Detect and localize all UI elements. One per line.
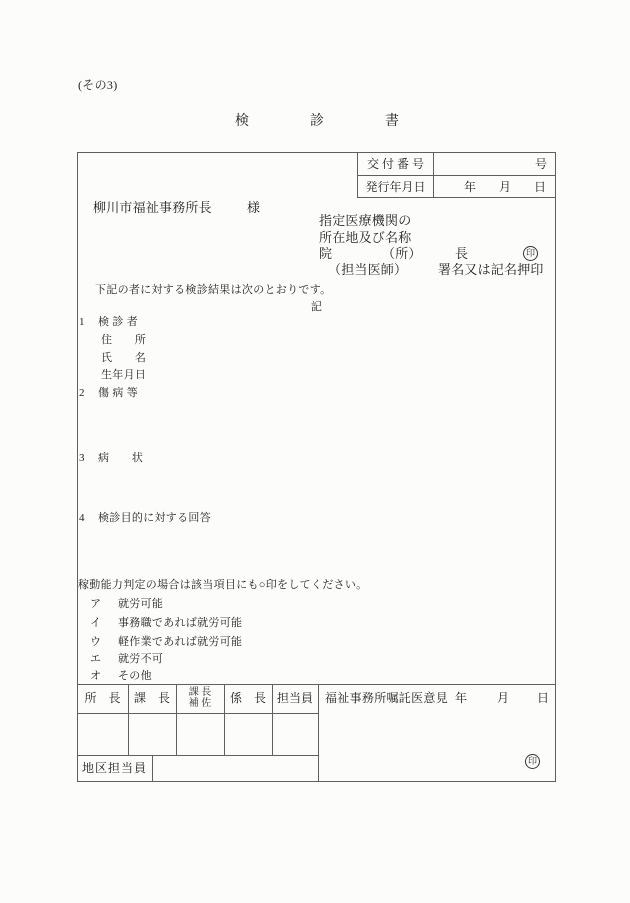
signature-note: 署名又は記名押印 [438, 262, 544, 277]
intro-sentence: 下記の者に対する検診結果は次のとおりです。 [95, 283, 331, 297]
issue-number-label: 交 付 番 号 [358, 153, 434, 175]
work-capacity-instruction: 稼動能力判定の場合は該当項目にも○印をしてください。 [78, 578, 367, 592]
option-kana: ア [90, 597, 101, 611]
item3-label: 病 状 [98, 451, 143, 465]
table-line [77, 713, 319, 714]
table-line [77, 684, 556, 685]
document-page: (その3) 検 診 書 交 付 番 号 号 発行年月日 年 月 日 柳川市福祉事… [0, 0, 630, 903]
item2-label: 傷 病 等 [98, 386, 138, 400]
title-char: 診 [310, 114, 324, 130]
title-char: 検 [235, 114, 249, 130]
item1-number: 1 [79, 315, 85, 329]
title-char: 書 [385, 114, 399, 130]
option-kana: エ [90, 652, 101, 666]
issue-date-value: 年 月 日 [434, 176, 555, 198]
header-deputy-section-chief: 課 長 補 佐 [176, 687, 224, 709]
header-director: 所 長 [77, 691, 128, 705]
item1-field-birthdate: 生年月日 [101, 368, 146, 382]
header-deputy-line1: 課 長 [176, 687, 224, 698]
page-note: (その3) [78, 78, 118, 92]
issue-info-table: 交 付 番 号 号 発行年月日 年 月 日 [357, 152, 556, 198]
institution-line2: 所在地及び名称 [319, 230, 411, 245]
record-mark: 記 [77, 300, 556, 314]
institution-line1: 指定医療機関の [319, 213, 411, 228]
header-deputy-line2: 補 佐 [176, 698, 224, 709]
issue-date-row: 発行年月日 年 月 日 [358, 176, 555, 198]
header-section-chief: 課 長 [128, 691, 176, 705]
document-title: 検 診 書 [235, 114, 399, 130]
issue-number-row: 交 付 番 号 号 [358, 153, 555, 176]
issue-date-label: 発行年月日 [358, 176, 434, 198]
option-text: 就労不可 [118, 652, 163, 666]
option-text: その他 [118, 669, 152, 683]
item1-field-address: 住 所 [101, 333, 146, 347]
option-kana: オ [90, 669, 101, 683]
table-line [152, 755, 153, 782]
opinion-year-label: 年 [455, 691, 467, 705]
header-staff: 担当員 [272, 691, 318, 705]
district-staff-label: 地区担当員 [77, 761, 152, 775]
table-line [77, 755, 319, 756]
institution-head-part: 院 [319, 246, 332, 261]
institution-seal-icon: 印 [523, 246, 538, 261]
opinion-day-label: 日 [537, 691, 549, 705]
institution-head-part: （所） [382, 246, 422, 261]
recipient-honorific: 様 [247, 200, 260, 215]
option-text: 事務職であれば就労可能 [118, 616, 242, 630]
table-line [318, 684, 319, 782]
option-text: 就労可能 [118, 597, 163, 611]
item2-number: 2 [79, 386, 85, 400]
recipient-name: 柳川市福祉事務所長 [93, 200, 212, 215]
day-label: 日 [534, 178, 546, 195]
header-subsection-chief: 係 長 [224, 691, 272, 705]
option-kana: イ [90, 616, 101, 630]
item4-number: 4 [79, 511, 85, 525]
item1-field-name: 氏 名 [101, 351, 146, 365]
year-label: 年 [464, 178, 476, 195]
doctor-in-charge-label: （担当医師） [328, 262, 407, 277]
opinion-label: 福祉事務所嘱託医意見 [325, 691, 448, 705]
opinion-seal-icon: 印 [525, 754, 540, 769]
item1-label: 検 診 者 [98, 315, 138, 329]
form-border [77, 152, 556, 782]
item4-label: 検診目的に対する回答 [98, 511, 211, 525]
issue-number-unit: 号 [535, 155, 547, 172]
option-kana: ウ [90, 635, 101, 649]
option-text: 軽作業であれば就労可能 [118, 635, 242, 649]
issue-number-value: 号 [434, 153, 555, 175]
opinion-month-label: 月 [497, 691, 509, 705]
institution-head-part: 長 [455, 246, 468, 261]
item3-number: 3 [79, 451, 85, 465]
month-label: 月 [499, 178, 511, 195]
